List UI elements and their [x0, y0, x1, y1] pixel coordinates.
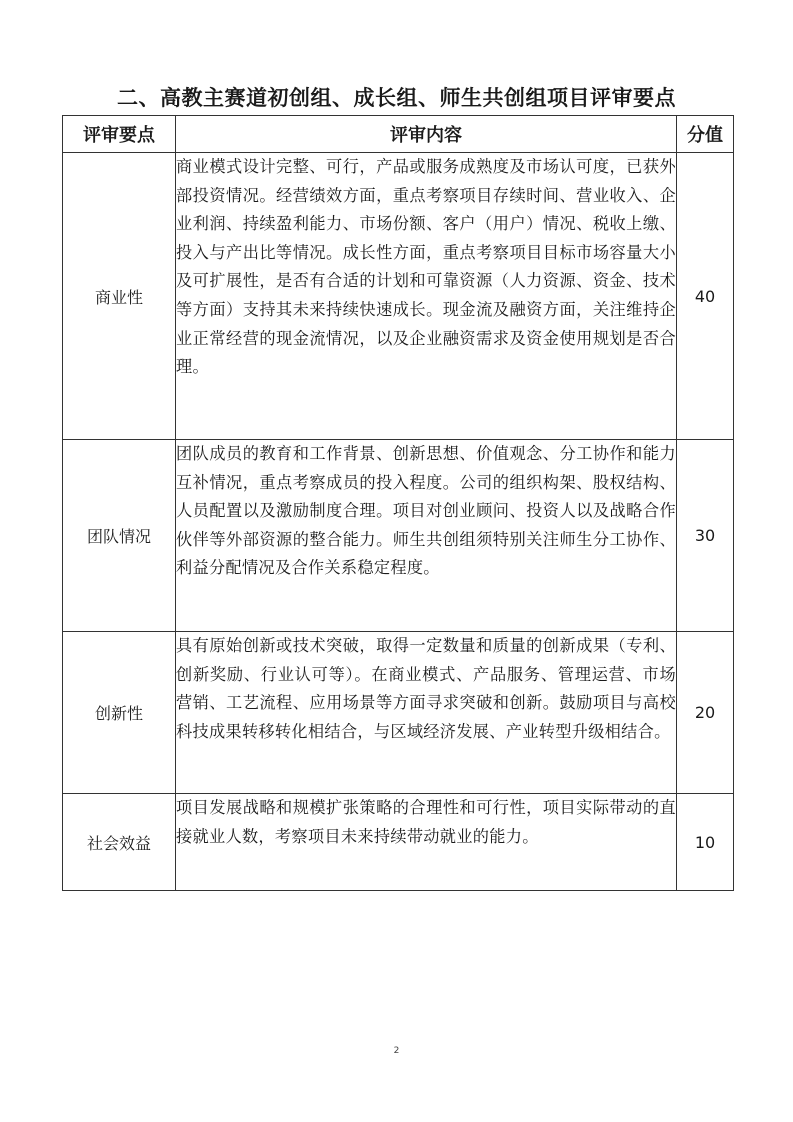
table-row-commercial: 商业性 商业模式设计完整、可行，产品或服务成熟度及市场认可度，已获外部投资情况。…	[63, 153, 734, 440]
table-row-social-benefit: 社会效益 项目发展战略和规模扩张策略的合理性和可行性，项目实际带动的直接就业人数…	[63, 794, 734, 891]
criterion-cell: 社会效益	[63, 794, 176, 891]
criterion-cell: 创新性	[63, 632, 176, 794]
content-cell: 具有原始创新或技术突破，取得一定数量和质量的创新成果（专利、创新奖励、行业认可等…	[176, 632, 677, 794]
table-row-innovation: 创新性 具有原始创新或技术突破，取得一定数量和质量的创新成果（专利、创新奖励、行…	[63, 632, 734, 794]
content-cell: 项目发展战略和规模扩张策略的合理性和可行性，项目实际带动的直接就业人数，考察项目…	[176, 794, 677, 891]
content-cell: 团队成员的教育和工作背景、创新思想、价值观念、分工协作和能力互补情况，重点考察成…	[176, 440, 677, 632]
score-cell: 20	[677, 632, 734, 794]
table-row-team: 团队情况 团队成员的教育和工作背景、创新思想、价值观念、分工协作和能力互补情况，…	[63, 440, 734, 632]
review-criteria-table: 评审要点 评审内容 分值 商业性 商业模式设计完整、可行，产品或服务成熟度及市场…	[62, 115, 734, 891]
criterion-cell: 商业性	[63, 153, 176, 440]
header-content: 评审内容	[176, 116, 677, 153]
header-score: 分值	[677, 116, 734, 153]
table-header-row: 评审要点 评审内容 分值	[63, 116, 734, 153]
score-cell: 40	[677, 153, 734, 440]
page-number: 2	[0, 1046, 793, 1056]
score-cell: 30	[677, 440, 734, 632]
header-criterion: 评审要点	[63, 116, 176, 153]
score-cell: 10	[677, 794, 734, 891]
content-cell: 商业模式设计完整、可行，产品或服务成熟度及市场认可度，已获外部投资情况。经营绩效…	[176, 153, 677, 440]
page-title: 二、高教主赛道初创组、成长组、师生共创组项目评审要点	[0, 84, 793, 112]
criterion-cell: 团队情况	[63, 440, 176, 632]
